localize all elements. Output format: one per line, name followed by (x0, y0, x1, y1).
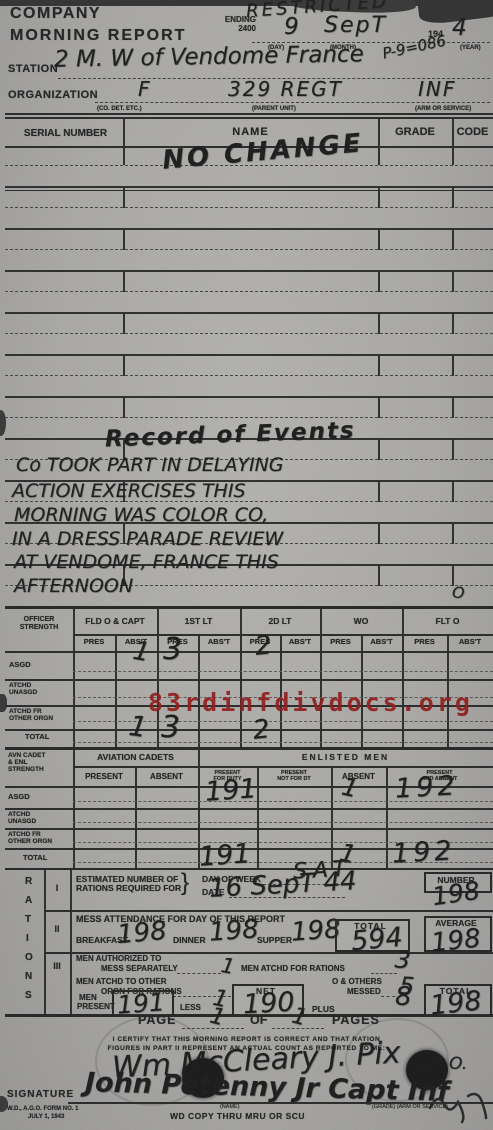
hw-signature-mark: O. (449, 1056, 467, 1073)
enlisted-group-cadets: AVIATION CADETS (73, 753, 198, 762)
hw-events-line4: IN A DRESS PARADE REVIEW (12, 530, 283, 549)
roster-row0-v2 (378, 146, 380, 165)
present-label: PRESENT (77, 1003, 115, 1012)
estimated-label: ESTIMATED NUMBER OFRATIONS REQUIRED FOR (76, 875, 181, 894)
roster-col-grade: GRADE (378, 126, 452, 138)
enlisted-corner-label: AVN CADET& ENLSTRENGTH (8, 752, 45, 773)
hw-plus: 8 (395, 984, 412, 1010)
officer-sub-abst: ABS'T (280, 638, 320, 646)
hw-day: 9 (284, 16, 299, 39)
officer-corner-label: OFFICERSTRENGTH (5, 616, 73, 631)
hw-events-mark: O (452, 585, 465, 601)
dinner-label: DINNER (173, 936, 206, 945)
morning-report-document: COMPANY MORNING REPORT ENDING 2400 RESTR… (0, 0, 493, 1130)
enlisted-col-absent: ABSENT (135, 773, 198, 782)
of-label: OF (250, 1014, 267, 1028)
watermark-text: 83rdinfdivdocs.org (148, 688, 473, 717)
hw-org-unit: F (138, 79, 150, 99)
hw-org-parent: 329 REGT (228, 79, 343, 99)
hw-breakfast: 198 (116, 918, 168, 948)
brace-glyph: } (181, 870, 189, 896)
officer-group-wo: WO (320, 617, 402, 626)
rations-letter-s: S (25, 990, 32, 1001)
hw-events-line6: AFTERNOON (14, 577, 133, 596)
less-label: LESS (180, 1004, 201, 1013)
officer-strength-table: OFFICERSTRENGTH FLD O & CAPT 1ST LT 2D L… (5, 606, 493, 750)
hw-number: 198 (430, 878, 481, 909)
roster-row0-v3 (452, 146, 454, 165)
rations-sec1-numeral: I (44, 884, 70, 894)
hw-enlisted-asgd-pfd: 191 (204, 775, 257, 806)
hw-org-arm: INF (418, 79, 456, 99)
enlisted-col-present: PRESENT (73, 773, 135, 782)
hw-year: 4 (452, 17, 467, 40)
messed-label: MESSED (347, 988, 381, 997)
supper-label: SUPPER (257, 936, 292, 945)
enlisted-row-asgd: ASGD (8, 793, 30, 801)
atchd-for-rations-label: MEN ATCHD FOR RATIONS (241, 965, 345, 974)
hw-average: 198 (430, 925, 482, 956)
rations-letter-n: N (25, 971, 32, 982)
roster-col-code: CODE (452, 126, 493, 138)
hw-month: SepT (324, 15, 387, 37)
hw-officer-asgd-fldo: 1 (131, 638, 152, 666)
enlisted-strength-table: AVN CADET& ENLSTRENGTH AVIATION CADETS E… (5, 747, 493, 870)
officer-row-total: TOTAL (25, 733, 49, 741)
hw-enlisted-asgd-absent: 1 (340, 774, 361, 802)
co-det-caption: (CO. DET. ETC.) (97, 106, 142, 113)
officer-row-asgd: ASGD (9, 661, 31, 669)
hw-officer-total-fldo: 1 (127, 712, 149, 742)
hw-officer-total-2dlt: 2 (252, 716, 271, 744)
hw-ration-date: 16 SepT 44 (208, 868, 357, 902)
atchd-other-label: MEN ATCHD TO OTHER (76, 978, 167, 987)
roster-col-serial: SERIAL NUMBER (8, 128, 123, 139)
officer-row-atchd-unasgd: ATCHDUNASGD (9, 682, 37, 696)
officer-sub-abst: ABS'T (447, 638, 493, 646)
roster-blank-row (5, 228, 493, 272)
hw-events-line3: MORNING WAS COLOR CO, (14, 506, 268, 525)
officer-sub-pres: PRES (320, 638, 361, 646)
hw-supper: 198 (290, 916, 341, 945)
roster-blank-row (5, 312, 493, 356)
hw-enlisted-total-pfd: 191 (198, 840, 251, 871)
hw-officer-asgd-1stlt: 3 (163, 635, 182, 665)
ending-time: 2400 (238, 24, 256, 33)
roster-header-v2 (378, 119, 380, 146)
year-caption: (YEAR) (460, 45, 481, 52)
officer-group-flto: FLT O (402, 617, 493, 626)
organization-rule (95, 102, 490, 103)
hw-rations-total: 198 (429, 987, 483, 1019)
roster-header-v1 (123, 119, 125, 146)
rations-sec2-numeral: II (44, 925, 70, 935)
enlisted-row-atchd-unasgd: ATCHDUNASGD (8, 811, 36, 825)
enlisted-col-pnfd: PRESENTNOT FOR DT (257, 770, 331, 782)
officer-row-atchd-other: ATCHD FROTHER ORGN (9, 708, 53, 722)
station-label: STATION (8, 63, 58, 75)
hw-enlisted-asgd-pa: 192 (394, 772, 459, 802)
enlisted-group-enlisted: ENLISTED MEN (198, 753, 493, 762)
rations-section: R A T I O N S I II III ESTIMATED NUMBER … (5, 868, 493, 1017)
signature-label: SIGNATURE (7, 1089, 74, 1100)
mess-separately-label: MESS SEPARATELY (101, 965, 178, 974)
copy-note: WD COPY THRU MRU OR SCU (170, 1112, 305, 1121)
rations-letter-a: A (25, 895, 32, 906)
hw-events-line1: Co TOOK PART IN DELAYING (16, 456, 284, 475)
name-caption: (NAME) (220, 1104, 240, 1110)
rations-letter-r: R (25, 876, 32, 887)
officer-sub-abst: ABS'T (198, 638, 240, 646)
hw-enlisted-total-pa: 192 (391, 837, 456, 867)
auth-mess-label: MEN AUTHORIZED TO (76, 955, 161, 964)
roster-top-rule-2 (5, 117, 493, 119)
roster-top-rule-1 (5, 113, 493, 115)
rations-letter-o: O (25, 952, 33, 963)
form-number-line2: JULY 1, 1943 (28, 1114, 64, 1121)
hw-officer-total-1stlt: 3 (161, 713, 180, 743)
roster-row0-v1 (123, 146, 125, 165)
form-title-line1: COMPANY (10, 5, 101, 23)
officer-sub-pres: PRES (73, 638, 115, 646)
hw-atchd-for-rations: 3 (394, 947, 412, 972)
rations-sec3-numeral: III (44, 962, 70, 972)
officer-group-2dlt: 2D LT (240, 617, 320, 626)
hw-dinner: 198 (208, 916, 259, 945)
grade-caption: (GRADE) (ARM OR SERVICE) (372, 1104, 448, 1110)
roster-blank-row (5, 186, 493, 230)
hw-mess-separately: 1 (219, 955, 236, 978)
form-number-line1: W.D., A.G.O. FORM NO. 1 (7, 1106, 78, 1113)
roster-header-v3 (452, 119, 454, 146)
officer-sub-abst: ABS'T (361, 638, 402, 646)
parent-unit-caption: (PARENT UNIT) (252, 106, 296, 113)
rations-letter-i: I (26, 933, 29, 944)
roster-blank-row (5, 270, 493, 314)
officer-group-fldo: FLD O & CAPT (73, 617, 157, 626)
officer-group-1stlt: 1ST LT (157, 617, 240, 626)
hw-events-line2: ACTION EXERCISES THIS (12, 482, 246, 501)
rations-letter-t: T (25, 914, 31, 925)
hw-reference-number: P-9=086 (381, 33, 447, 61)
arm-service-caption: (ARM OR SERVICE) (415, 106, 471, 113)
enlisted-row-atchd-other: ATCHD FROTHER ORGN (8, 831, 52, 845)
roster-blank-row (5, 354, 493, 398)
o-and-others-label: O & OTHERS (332, 978, 382, 987)
organization-label: ORGANIZATION (8, 89, 98, 101)
hw-station: 2 M. W of Vendome France (54, 43, 364, 71)
enlisted-row-total: TOTAL (23, 854, 47, 862)
hw-events-line5: AT VENDOME, FRANCE THIS (14, 553, 279, 572)
hw-officer-asgd-2dlt: 2 (254, 632, 273, 660)
officer-sub-pres: PRES (402, 638, 447, 646)
form-title-line2: MORNING REPORT (10, 27, 186, 45)
